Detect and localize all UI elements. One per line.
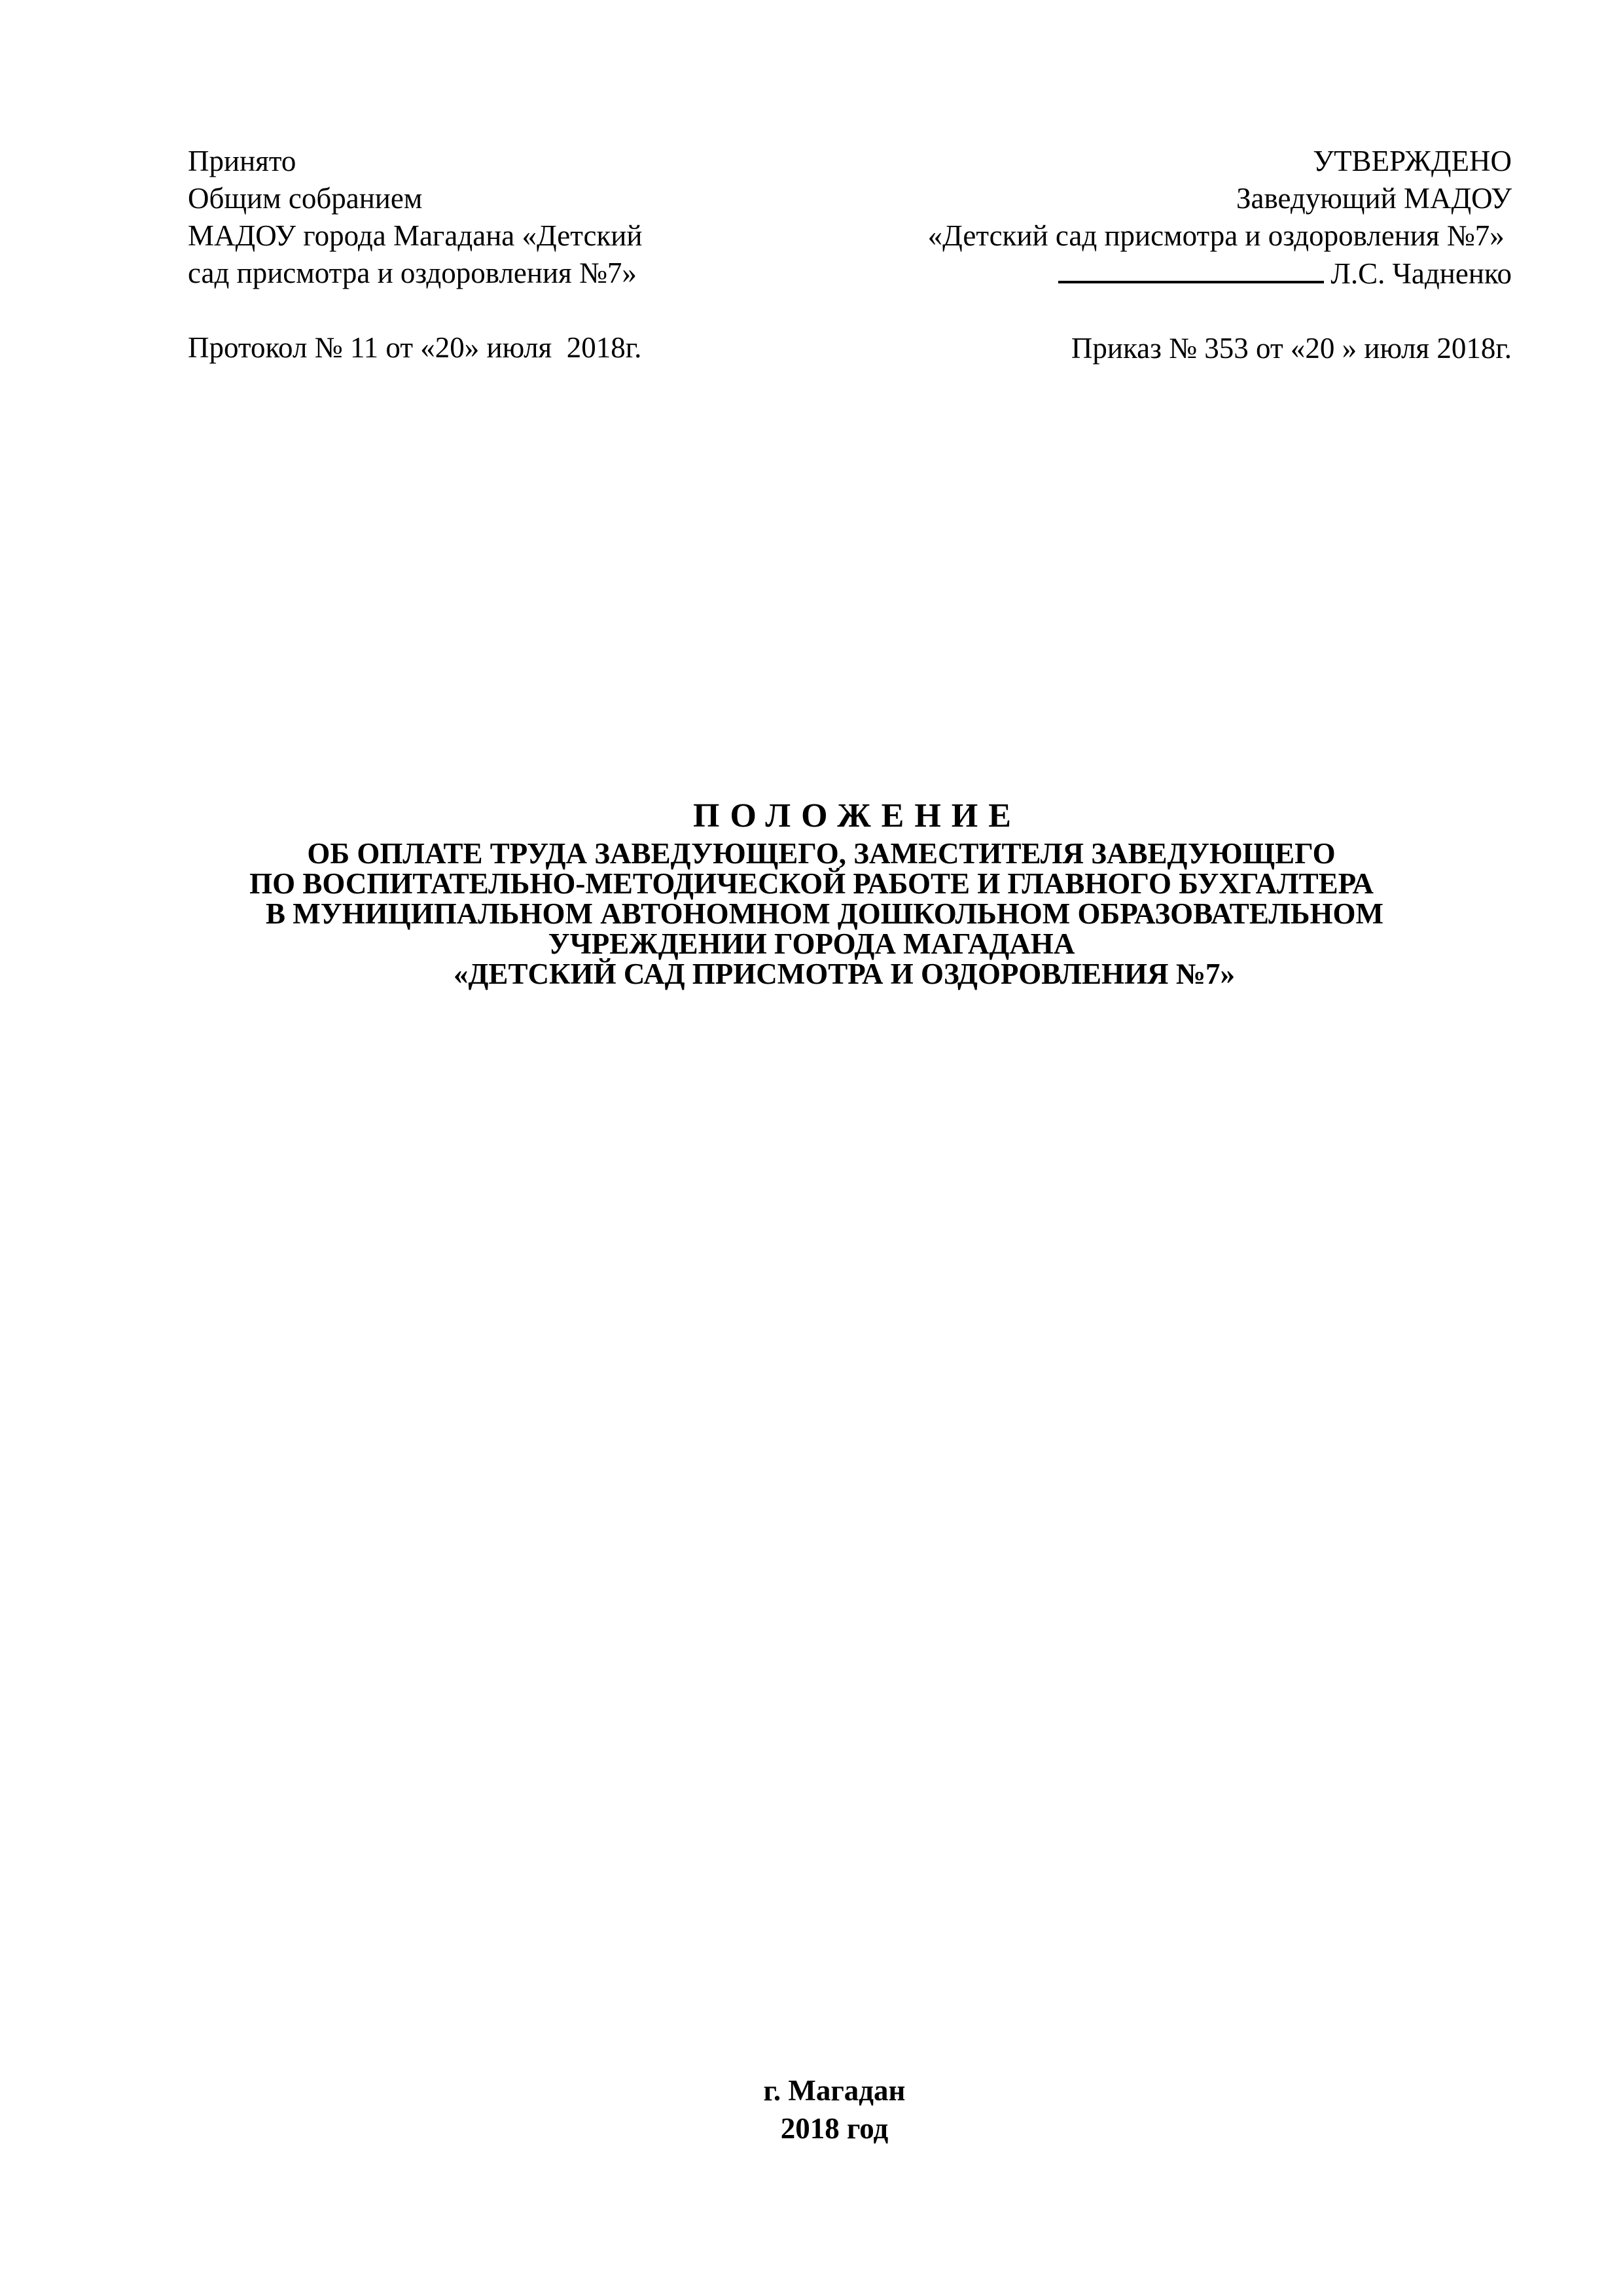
footer-block: г. Магадан 2018 год [0,2072,1623,2147]
approved-position: Заведующий МАДОУ [792,180,1512,217]
subtitle-line-4: УЧРЕЖДЕНИИ ГОРОДА МАГАДАНА [0,929,1623,959]
spacer [792,293,1512,330]
subtitle-line-2: ПО ВОСПИТАТЕЛЬНО-МЕТОДИЧЕСКОЙ РАБОТЕ И Г… [0,869,1623,899]
footer-year: 2018 год [0,2109,1623,2147]
approved-label: УТВЕРЖДЕНО [792,143,1512,180]
protocol-line: Протокол № 11 от «20» июля 2018г. [188,329,777,367]
document-page: Принято Общим собранием МАДОУ города Маг… [0,0,1623,2296]
accepted-org-line-1: МАДОУ города Магадана «Детский [188,217,777,255]
order-line: Приказ № 353 от «20 » июля 2018г. [792,330,1512,367]
subtitle-line-1: ОБ ОПЛАТЕ ТРУДА ЗАВЕДУЮЩЕГО, ЗАМЕСТИТЕЛЯ… [0,838,1623,869]
subtitle-line-5: «ДЕТСКИЙ САД ПРИСМОТРА И ОЗДОРОВЛЕНИЯ №7… [0,959,1623,989]
accepted-by-line: Общим собранием [188,180,777,217]
title-main: ПОЛОЖЕНИЕ [0,795,1623,837]
document-title: ПОЛОЖЕНИЕ ОБ ОПЛАТЕ ТРУДА ЗАВЕДУЮЩЕГО, З… [0,795,1623,989]
signature-row: Л.С. Чадненко [792,255,1512,293]
footer-city: г. Магадан [0,2072,1623,2109]
accepted-org-line-2: сад присмотра и оздоровления №7» [188,255,777,292]
accepted-label: Принято [188,143,777,180]
spacer [188,292,777,329]
signatory-name: Л.С. Чадненко [1330,257,1512,290]
signature-line [1058,255,1324,283]
approved-block: УТВЕРЖДЕНО Заведующий МАДОУ «Детский сад… [792,143,1512,367]
approved-org: «Детский сад присмотра и оздоровления №7… [792,217,1512,255]
subtitle-line-3: В МУНИЦИПАЛЬНОМ АВТОНОМНОМ ДОШКОЛЬНОМ ОБ… [0,899,1623,929]
accepted-block: Принято Общим собранием МАДОУ города Маг… [188,143,777,367]
